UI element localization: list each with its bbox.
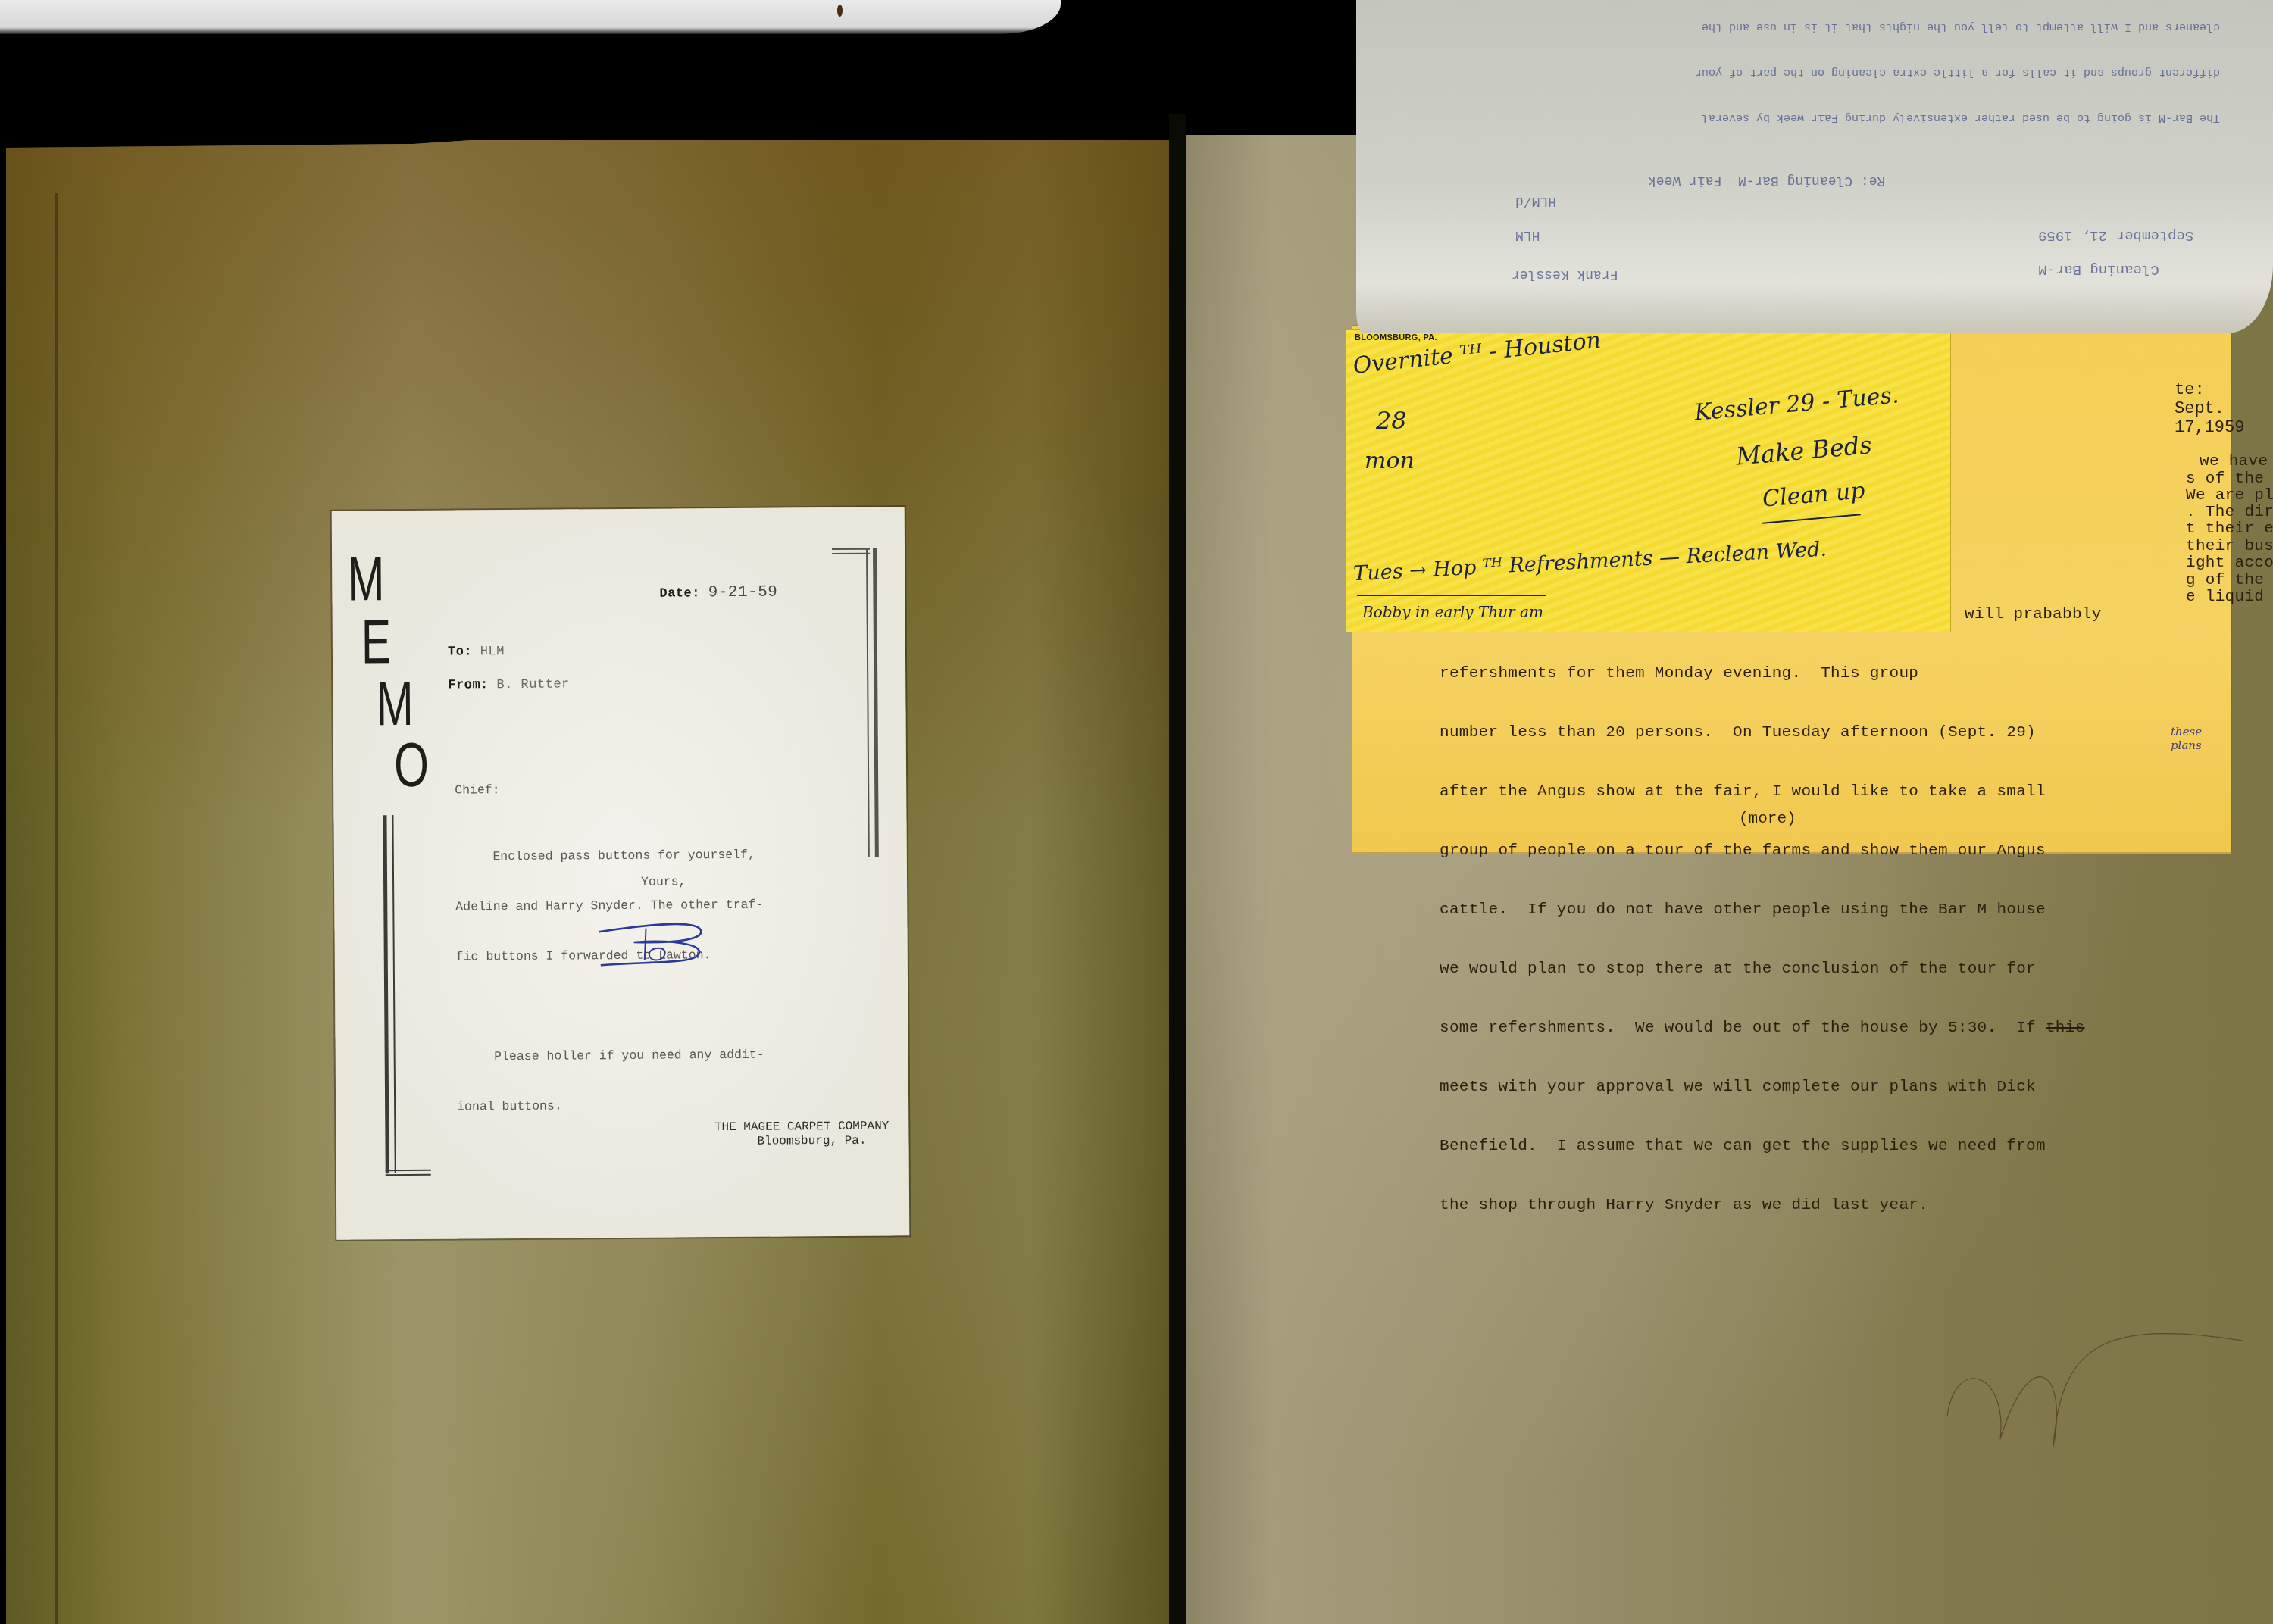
letter-fragment: s of the Penna. [2186, 470, 2273, 488]
carbon-initials: HLM/d [1515, 193, 1556, 208]
letter-continuation: (more) [1739, 810, 1796, 828]
memo-from-value: B. Rutter [496, 677, 569, 692]
memo-to-value: HLM [480, 645, 505, 659]
note-line-tues: Tues → Hop ᵀᴴ Refreshments — Reclean Wed… [1353, 538, 1827, 586]
carbon-body-line: cleaners and I will attempt to tell you … [1424, 19, 2220, 34]
memo-closing: Yours, [641, 874, 686, 889]
letter-body-line: after the Angus show at the fair, I woul… [1440, 782, 2085, 802]
memo-body-line: Adeline and Harry Snyder. The other traf… [455, 896, 880, 916]
letter-body-line: Benefield. I assume that we can get the … [1440, 1137, 2085, 1157]
letter-fragment: we have made [2200, 453, 2273, 470]
memo-body-line: ional buttons. [457, 1096, 881, 1116]
memo-to: To: HLM [448, 645, 505, 660]
memo-date-value: 9-21-59 [708, 584, 778, 602]
carbon-subject-right: Cleaning Bar-M [2038, 261, 2159, 278]
carbon-copy-folded[interactable]: The Bar-M is going to be used rather ext… [1356, 0, 2273, 333]
letter-body-line: we would plan to stop there at the concl… [1440, 960, 2085, 979]
memo-date: Date: 9-21-59 [659, 584, 777, 602]
letter-fragment: t their expense). [2186, 520, 2273, 538]
memo-company: THE MAGEE CARPET COMPANY Bloomsburg, Pa. [661, 1120, 889, 1150]
memo-letterhead-o: O [394, 735, 430, 797]
note-line-day: mon [1365, 448, 1415, 474]
handwritten-note: BLOOMSBURG, PA. Overnite ᵀᴴ - Houston 28… [1345, 329, 1951, 632]
letter-body-line: refershments for them Monday evening. Th… [1440, 664, 2085, 684]
letter-body-line: group of people on a tour of the farms a… [1440, 842, 2085, 861]
letter-body-line: the shop through Harry Snyder as we did … [1440, 1196, 2085, 1216]
carbon-body-line: The Bar-M is going to be used rather ext… [1424, 110, 2220, 125]
letter-fragment: e liquid [2186, 589, 2264, 606]
memo-salutation: Chief: [455, 779, 879, 799]
letter-fragment: g of the 29th [2186, 572, 2273, 589]
book-gutter [1169, 114, 1186, 1624]
scanner-spot [837, 5, 843, 17]
note-line-kessler: Kessler 29 - Tues. [1693, 382, 1900, 426]
note-printed-heading: BLOOMSBURG, PA. [1355, 333, 1437, 342]
carbon-to: Frank Kessler [1512, 267, 1618, 282]
memo-body-line [456, 996, 880, 1016]
letter-body-line: cattle. If you do not have other people … [1440, 901, 2085, 920]
scanner-bed [0, 0, 1061, 34]
stray-hair [1940, 1326, 2258, 1500]
memo-body-line: Please holler if you need any addit- [457, 1046, 881, 1066]
memo-bottom-rule [386, 1170, 431, 1176]
letter-body-line: meets with your approval we will complet… [1440, 1078, 2085, 1098]
company-location: Bloomsburg, Pa. [661, 1134, 889, 1150]
carbon-from: HLM [1515, 227, 1540, 242]
handwritten-correction: these plans [2171, 725, 2231, 752]
letter-body: refershments for them Monday evening. Th… [1440, 625, 2085, 1255]
letter-fragment: ight accomadations [2186, 554, 2273, 572]
letter-date-label: te: [2175, 380, 2205, 399]
memo-sheet: M E M O Date: 9-21-59 To: HLM From: B. R… [332, 507, 910, 1239]
letter-body-line: some refershments. We would be out of th… [1440, 1019, 2085, 1038]
memo-letterhead-e: E [361, 611, 392, 673]
carbon-body-line: different groups and it calls for a litt… [1424, 64, 2220, 80]
note-underline [1762, 514, 1861, 523]
carbon-subject: Re: Cleaning Bar-M Fair Week [1648, 173, 1885, 188]
letter-fragment: their business [2186, 538, 2273, 555]
memo-from: From: B. Rutter [448, 677, 570, 692]
letter-date-value: Sept. 17,1959 [2175, 399, 2244, 437]
memo-to-label: To: [448, 645, 472, 659]
memo-letterhead-m: M [347, 548, 385, 611]
note-line-beds: Make Beds [1735, 430, 1873, 471]
letter-fragment: will prababbly [1965, 606, 2102, 623]
memo-body-line: Enclosed pass buttons for yourself, [455, 846, 880, 866]
company-name: THE MAGEE CARPET COMPANY [661, 1120, 889, 1135]
carbon-date: September 21, 1959 [2038, 227, 2193, 244]
letter-fragment: . The directors [2186, 504, 2273, 521]
memo-from-label: From: [448, 678, 489, 692]
note-line-clean: Clean up [1762, 477, 1866, 513]
struck-word: this [2046, 1020, 2085, 1037]
page-border [55, 193, 61, 1624]
memo-letterhead-m2: M [376, 673, 414, 735]
memo-left-rule [383, 815, 396, 1173]
memo-top-rule [832, 548, 870, 554]
note-line-thursday: Bobby in early Thur am [1362, 603, 1543, 621]
note-line-date: 28 [1376, 406, 1407, 435]
signature-mark [596, 916, 709, 970]
memo-date-label: Date: [659, 586, 700, 601]
letter-date: te: Sept. 17,1959 [2175, 380, 2244, 437]
letter-fragment: We are planning [2186, 487, 2273, 504]
letter-body-line: number less than 20 persons. On Tuesday … [1440, 723, 2085, 743]
carbon-body: The Bar-M is going to be used rather ext… [1424, 15, 2220, 155]
